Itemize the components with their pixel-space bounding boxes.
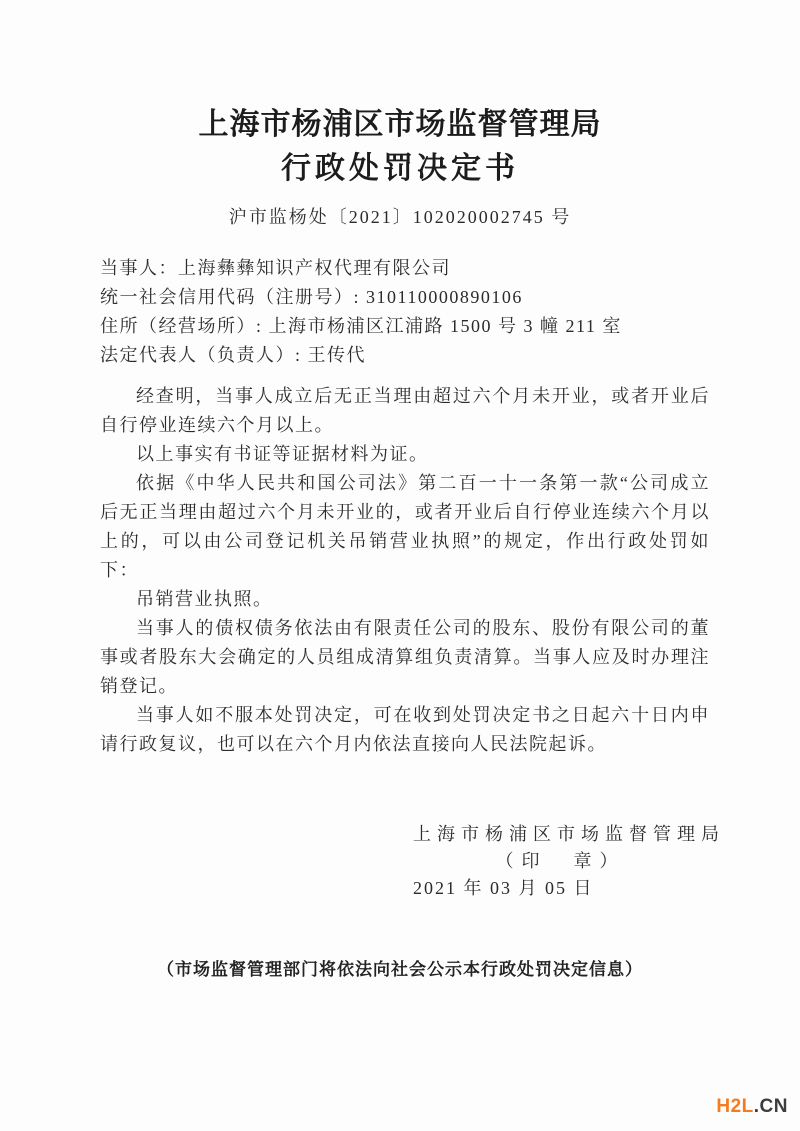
document-body: 当事人：上海彝彝知识产权代理有限公司 统一社会信用代码（注册号）: 310110…	[100, 254, 710, 759]
public-disclosure-note: （市场监督管理部门将依法向社会公示本行政处罚决定信息）	[0, 955, 800, 980]
signature-date: 2021 年 03 月 05 日	[413, 875, 708, 902]
penalty-decision-page: 上海市杨浦区市场监督管理局 行政处罚决定书 沪市监杨处〔2021〕1020200…	[0, 0, 800, 1131]
paragraph-liquidation: 当事人的债权债务依法由有限责任公司的股东、股份有限公司的董事或者股东大会确定的人…	[100, 614, 710, 701]
h2l-watermark: H2L.CN	[716, 1096, 788, 1118]
document-title: 上海市杨浦区市场监督管理局 行政处罚决定书	[0, 0, 800, 191]
document-number: 沪市监杨处〔2021〕102020002745 号	[0, 203, 800, 232]
paragraph-evidence: 以上事实有书证等证据材料为证。	[100, 440, 710, 469]
legal-representative-line: 法定代表人（负责人）: 王传代	[100, 341, 710, 370]
party-name-line: 当事人：上海彝彝知识产权代理有限公司	[100, 254, 710, 283]
signature-block: 上海市杨浦区市场监督管理局 （印 章） 2021 年 03 月 05 日	[413, 821, 708, 902]
signature-seal: （印 章）	[413, 848, 708, 875]
paragraph-penalty: 吊销营业执照。	[100, 585, 710, 614]
watermark-primary-text: H2L	[716, 1096, 753, 1117]
credit-code-line: 统一社会信用代码（注册号）: 310110000890106	[100, 283, 710, 312]
title-line-doctype: 行政处罚决定书	[0, 147, 800, 191]
title-line-agency: 上海市杨浦区市场监督管理局	[0, 103, 800, 147]
watermark-secondary-text: .CN	[754, 1096, 788, 1117]
paragraph-appeal-rights: 当事人如不服本处罚决定，可在收到处罚决定书之日起六十日内申请行政复议，也可以在六…	[100, 701, 710, 759]
signature-agency: 上海市杨浦区市场监督管理局	[413, 821, 708, 848]
address-line: 住所（经营场所）: 上海市杨浦区江浦路 1500 号 3 幢 211 室	[100, 312, 710, 341]
paragraph-findings: 经查明，当事人成立后无正当理由超过六个月未开业，或者开业后自行停业连续六个月以上…	[100, 382, 710, 440]
paragraph-legal-basis: 依据《中华人民共和国公司法》第二百一十一条第一款“公司成立后无正当理由超过六个月…	[100, 469, 710, 585]
